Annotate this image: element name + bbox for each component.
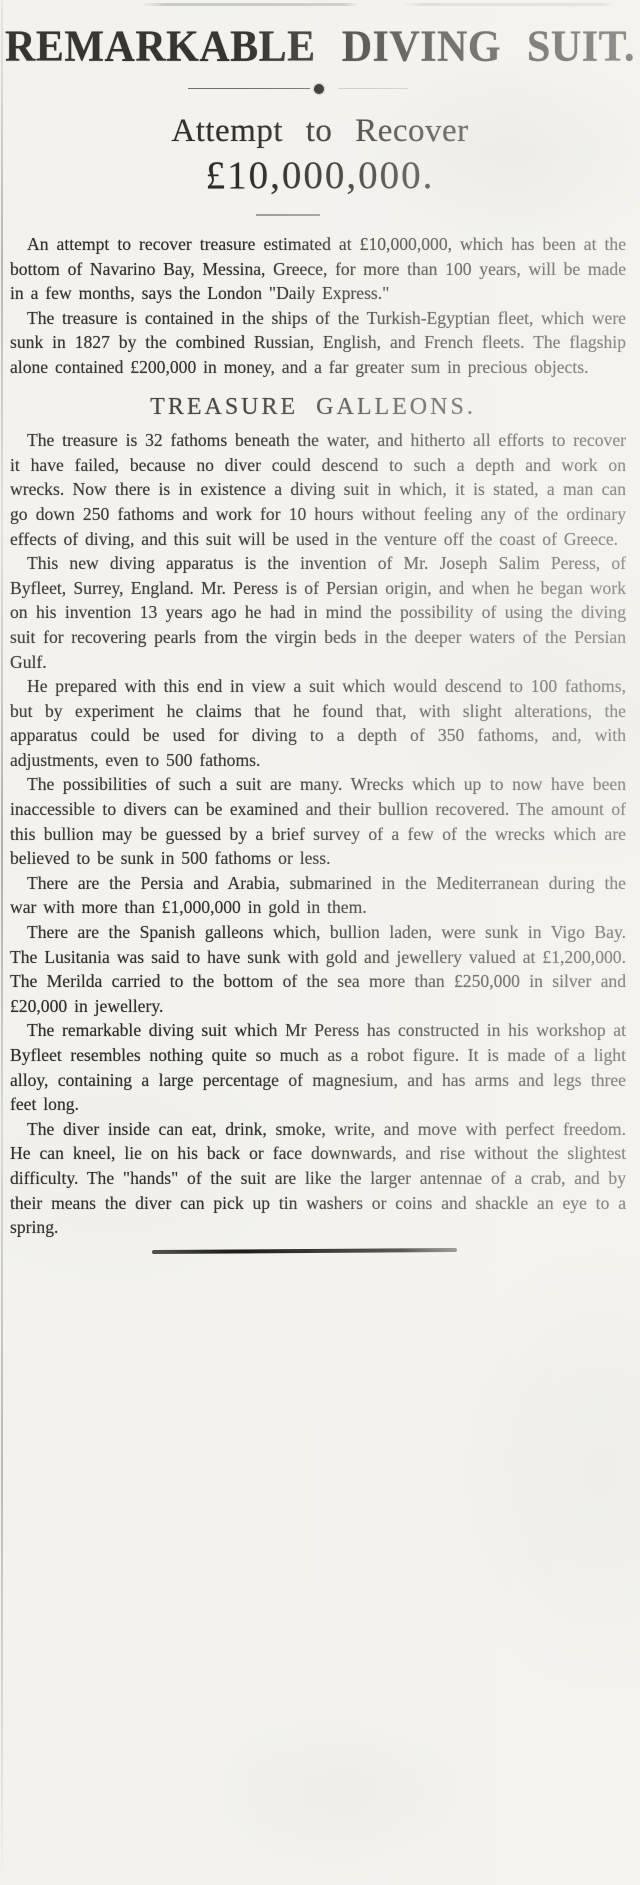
section-heading-treasure-galleons: TREASURE GALLEONS. bbox=[10, 395, 616, 420]
article-end-rule bbox=[152, 1248, 457, 1254]
paragraph-inventor: This new diving apparatus is the inventi… bbox=[10, 551, 626, 674]
paragraph-diver-freedom: The diver inside can eat, drink, smoke, … bbox=[10, 1117, 626, 1240]
headline-divider bbox=[188, 88, 310, 89]
divider-dot bbox=[314, 84, 324, 94]
printed-content: REMARKABLE DIVING SUIT. Attempt to Recov… bbox=[0, 3, 640, 1253]
divider-tail bbox=[338, 88, 408, 89]
newspaper-clipping: REMARKABLE DIVING SUIT. Attempt to Recov… bbox=[0, 0, 640, 1885]
paragraph-depth: The treasure is 32 fathoms beneath the w… bbox=[10, 428, 626, 551]
article-deck-line-1: Attempt to Recover bbox=[0, 113, 640, 150]
paragraph-experiments: He prepared with this end in view a suit… bbox=[10, 674, 626, 772]
article-deck-line-2: £10,000,000. bbox=[0, 153, 640, 198]
paragraph-possibilities: The possibilities of such a suit are man… bbox=[10, 772, 626, 870]
paragraph-galleons-lusitania: There are the Spanish galleons which, bu… bbox=[10, 920, 626, 1018]
paragraph-lead: An attempt to recover treasure estimated… bbox=[10, 232, 626, 306]
paragraph-fleet: The treasure is contained in the ships o… bbox=[10, 306, 626, 380]
paragraph-persia-arabia: There are the Persia and Arabia, submari… bbox=[10, 871, 626, 920]
article-body: An attempt to recover treasure estimated… bbox=[0, 216, 640, 1240]
article-headline: REMARKABLE DIVING SUIT. bbox=[0, 4, 640, 72]
paragraph-robot-figure: The remarkable diving suit which Mr Pere… bbox=[10, 1018, 626, 1116]
